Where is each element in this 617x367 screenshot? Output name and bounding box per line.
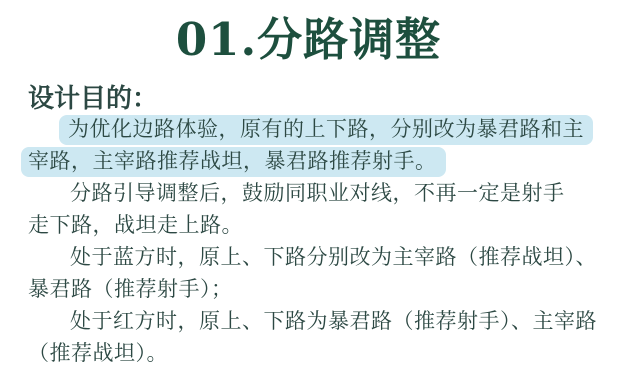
body-line: 暴君路（推荐射手）；	[28, 274, 591, 306]
body-text: 处于蓝方时，原上、下路分别改为主宰路（推荐战坦）、	[70, 246, 597, 269]
body-line: 分路引导调整后，鼓励同职业对线，不再一定是射手	[28, 178, 591, 210]
body-line: 处于红方时，原上、下路为暴君路（推荐射手）、主宰路	[28, 306, 591, 338]
body-line: 处于蓝方时，原上、下路分别改为主宰路（推荐战坦）、	[28, 242, 591, 274]
body-text: 暴君路（推荐射手）；	[28, 278, 233, 301]
body-line: 为优化边路体验，原有的上下路，分别改为暴君路和主	[28, 114, 591, 146]
highlighted-text: 为优化边路体验，原有的上下路，分别改为暴君路和主	[59, 115, 593, 145]
body-text: 走下路，战坦走上路。	[28, 214, 243, 237]
body-content: 设计目的： 为优化边路体验，原有的上下路，分别改为暴君路和主 宰路，主宰路推荐战…	[0, 83, 617, 367]
body-line: 走下路，战坦走上路。	[28, 210, 591, 242]
highlighted-text: 宰路，主宰路推荐战坦，暴君路推荐射手。	[21, 147, 446, 177]
patch-notes-page: 01.分路调整 设计目的： 为优化边路体验，原有的上下路，分别改为暴君路和主 宰…	[0, 0, 617, 367]
body-text: 处于红方时，原上、下路为暴君路（推荐射手）、主宰路	[70, 310, 597, 333]
body-text: 分路引导调整后，鼓励同职业对线，不再一定是射手	[70, 182, 565, 205]
body-text: （推荐战坦）。	[28, 342, 168, 365]
body-line: （推荐战坦）。	[28, 338, 591, 367]
body-line: 宰路，主宰路推荐战坦，暴君路推荐射手。	[28, 146, 591, 178]
page-title: 01.分路调整	[0, 10, 617, 70]
design-purpose-label: 设计目的：	[28, 83, 591, 114]
